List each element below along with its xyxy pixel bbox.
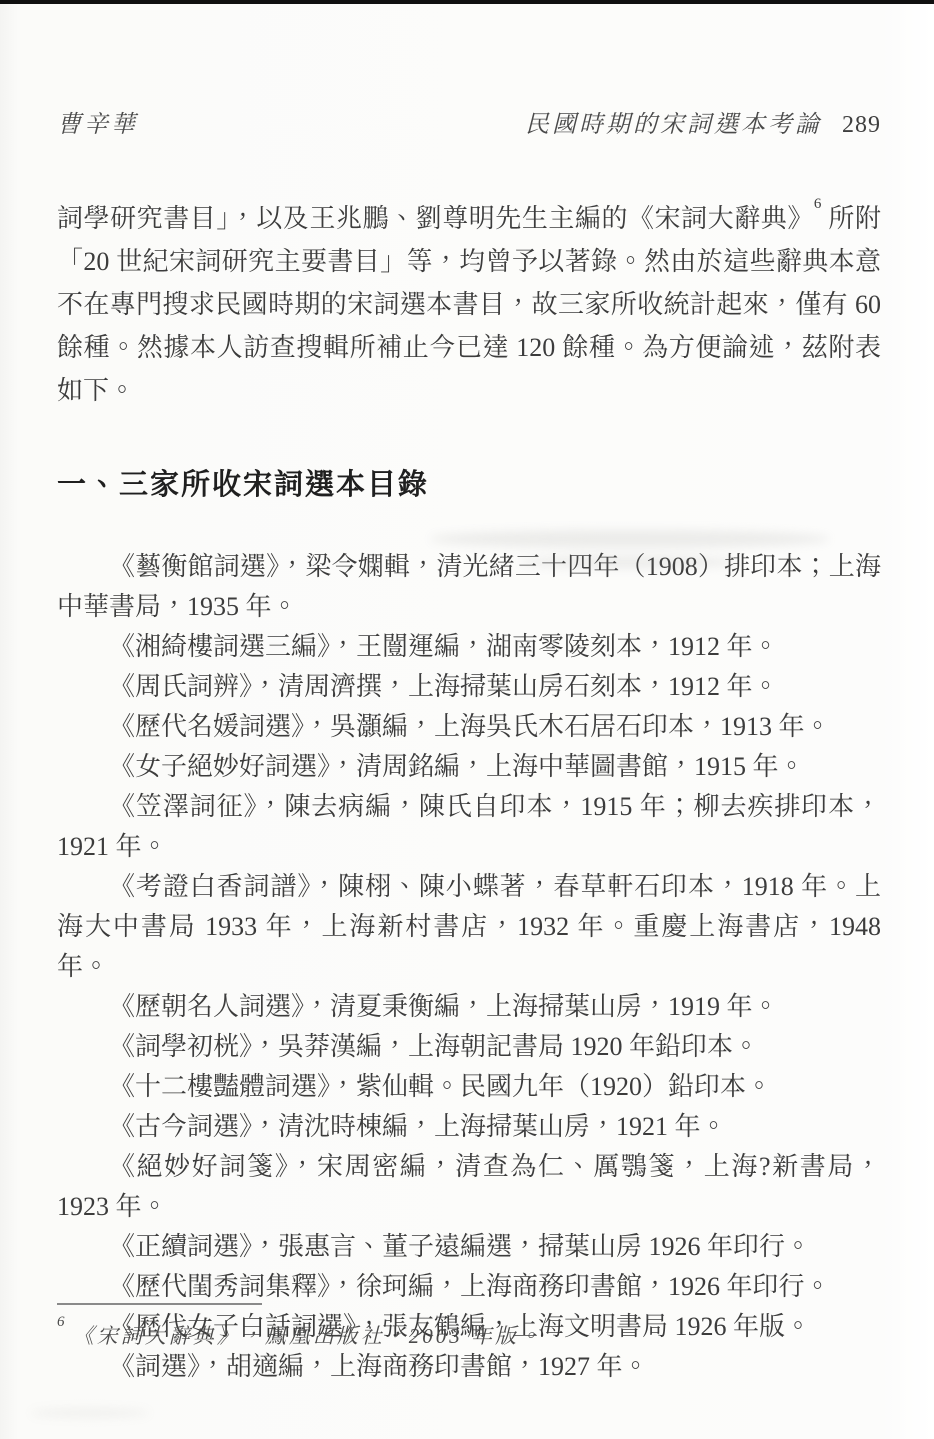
footnote-rule (57, 1303, 262, 1305)
header-author: 曹辛華 (57, 104, 138, 139)
bibliography-entry: 《絕妙好詞箋》，宋周密編，清查為仁、厲鶚箋，上海?新書局，1923 年。 (57, 1147, 881, 1227)
intro-paragraph: 詞學研究書目」，以及王兆鵬、劉尊明先生主編的《宋詞大辭典》6 所附「20 世紀宋… (57, 197, 881, 412)
bibliography-entry: 《正續詞選》，張惠言、董子遠編選，掃葉山房 1926 年印行。 (57, 1227, 881, 1267)
bibliography-list: 《藝衡館詞選》，梁令嫻輯，清光緒三十四年（1908）排印本；上海中華書局，193… (57, 547, 881, 1387)
header-right: 民國時期的宋詞選本考論 289 (525, 104, 881, 139)
bibliography-entry: 《古今詞選》，清沈時棟編，上海掃葉山房，1921 年。 (57, 1107, 881, 1147)
footnote-reference-6: 6 (814, 196, 822, 212)
footnote-text: 《宋詞大辭典》，鳳凰出版社，2003 年版。 (73, 1324, 543, 1348)
bibliography-entry: 《湘綺樓詞選三編》，王闓運編，湖南零陵刻本，1912 年。 (57, 627, 881, 667)
header-page-number: 289 (842, 112, 881, 139)
footnote: 6 《宋詞大辭典》，鳳凰出版社，2003 年版。 (57, 1321, 881, 1351)
footnote-area: 6 《宋詞大辭典》，鳳凰出版社，2003 年版。 (57, 1303, 881, 1351)
bibliography-entry: 《十二樓豔體詞選》，紫仙輯。民國九年（1920）鉛印本。 (57, 1067, 881, 1107)
intro-text-after-note: 所附「20 世紀宋詞研究主要書目」等，均曾予以著錄。然由於這些辭典本意不在專門搜… (57, 204, 881, 405)
intro-text-before-note: 詞學研究書目」，以及王兆鵬、劉尊明先生主編的《宋詞大辭典》 (57, 204, 814, 233)
page-body: 詞學研究書目」，以及王兆鵬、劉尊明先生主編的《宋詞大辭典》6 所附「20 世紀宋… (57, 197, 881, 1387)
bibliography-entry: 《藝衡館詞選》，梁令嫻輯，清光緒三十四年（1908）排印本；上海中華書局，193… (57, 547, 881, 627)
bibliography-entry: 《歷代閨秀詞集釋》，徐珂編，上海商務印書館，1926 年印行。 (57, 1267, 881, 1307)
bibliography-entry: 《歷代名媛詞選》，吳灝編，上海吳氏木石居石印本，1913 年。 (57, 707, 881, 747)
scan-top-edge (0, 0, 934, 4)
scanned-document-page: 曹辛華 民國時期的宋詞選本考論 289 詞學研究書目」，以及王兆鵬、劉尊明先生主… (0, 0, 934, 1439)
bibliography-entry: 《詞選》，胡適編，上海商務印書館，1927 年。 (57, 1347, 881, 1387)
bibliography-entry: 《笠澤詞征》，陳去病編，陳氏自印本，1915 年；柳去疾排印本，1921 年。 (57, 787, 881, 867)
footnote-marker: 6 (57, 1314, 65, 1330)
page-header: 曹辛華 民國時期的宋詞選本考論 289 (57, 104, 881, 139)
scan-edge-artifact (30, 1408, 150, 1418)
bibliography-entry: 《女子絕妙好詞選》，清周銘編，上海中華圖書館，1915 年。 (57, 747, 881, 787)
bibliography-entry: 《歷朝名人詞選》，清夏秉衡編，上海掃葉山房，1919 年。 (57, 987, 881, 1027)
bibliography-entry: 《周氏詞辨》，清周濟撰，上海掃葉山房石刻本，1912 年。 (57, 667, 881, 707)
header-running-title: 民國時期的宋詞選本考論 (525, 104, 822, 139)
bibliography-entry: 《考證白香詞譜》，陳栩、陳小蝶著，春草軒石印本，1918 年。上海大中書局 19… (57, 867, 881, 987)
section-heading: 一、三家所收宋詞選本目錄 (57, 462, 881, 503)
bibliography-entry: 《詞學初桄》，吳莽漢編，上海朝記書局 1920 年鉛印本。 (57, 1027, 881, 1067)
